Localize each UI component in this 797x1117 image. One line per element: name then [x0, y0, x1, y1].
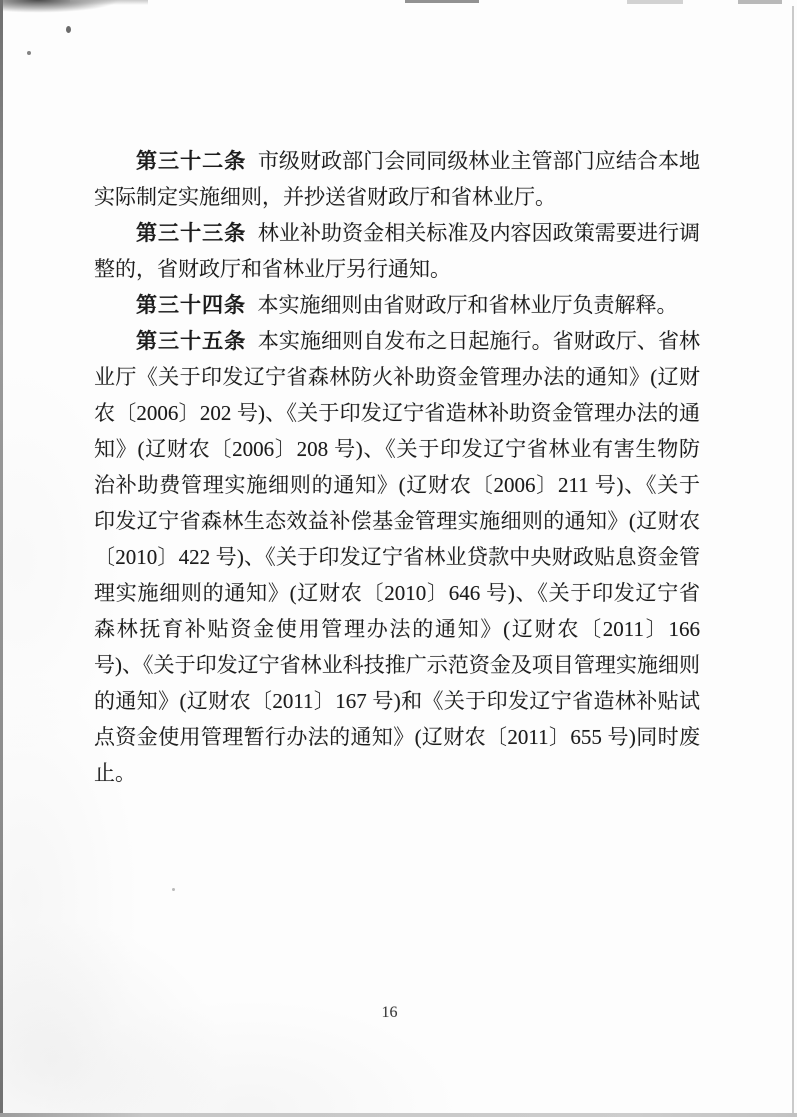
- article-33-number: 第三十三条: [136, 221, 258, 245]
- article-32-paragraph: 第三十二条市级财政部门会同同级林业主管部门应结合本地实际制定实施细则，并抄送省财…: [94, 143, 700, 215]
- article-34-text: 本实施细则由省财政厅和省林业厅负责解释。: [258, 293, 678, 317]
- article-33-paragraph: 第三十三条林业补助资金相关标准及内容因政策需要进行调整的，省财政厅和省林业厅另行…: [94, 215, 700, 287]
- article-35-number: 第三十五条: [136, 329, 258, 353]
- page-number: 16: [0, 1004, 779, 1022]
- article-35-paragraph: 第三十五条本实施细则自发布之日起施行。省财政厅、省林业厅《关于印发辽宁省森林防火…: [94, 323, 700, 791]
- scan-speck-1: [66, 26, 71, 33]
- scan-edge-bottom: [0, 1113, 797, 1117]
- scan-mark-top-2: [405, 0, 479, 3]
- scan-speck-3: [172, 888, 175, 891]
- scan-edge-left: [0, 0, 3, 1117]
- article-32-number: 第三十二条: [136, 149, 258, 173]
- article-34-number: 第三十四条: [136, 293, 258, 317]
- scanned-document-page: 第三十二条市级财政部门会同同级林业主管部门应结合本地实际制定实施细则，并抄送省财…: [0, 0, 797, 1117]
- article-35-text: 本实施细则自发布之日起施行。省财政厅、省林业厅《关于印发辽宁省森林防火补助资金管…: [94, 329, 700, 785]
- scan-speck-2: [27, 51, 31, 55]
- scan-mark-top-3: [627, 0, 683, 4]
- scan-edge-right: [792, 6, 794, 1117]
- scan-mark-top-4: [738, 0, 782, 4]
- document-body: 第三十二条市级财政部门会同同级林业主管部门应结合本地实际制定实施细则，并抄送省财…: [94, 143, 700, 791]
- scan-mark-top-1: [70, 0, 148, 5]
- article-34-paragraph: 第三十四条本实施细则由省财政厅和省林业厅负责解释。: [94, 287, 700, 323]
